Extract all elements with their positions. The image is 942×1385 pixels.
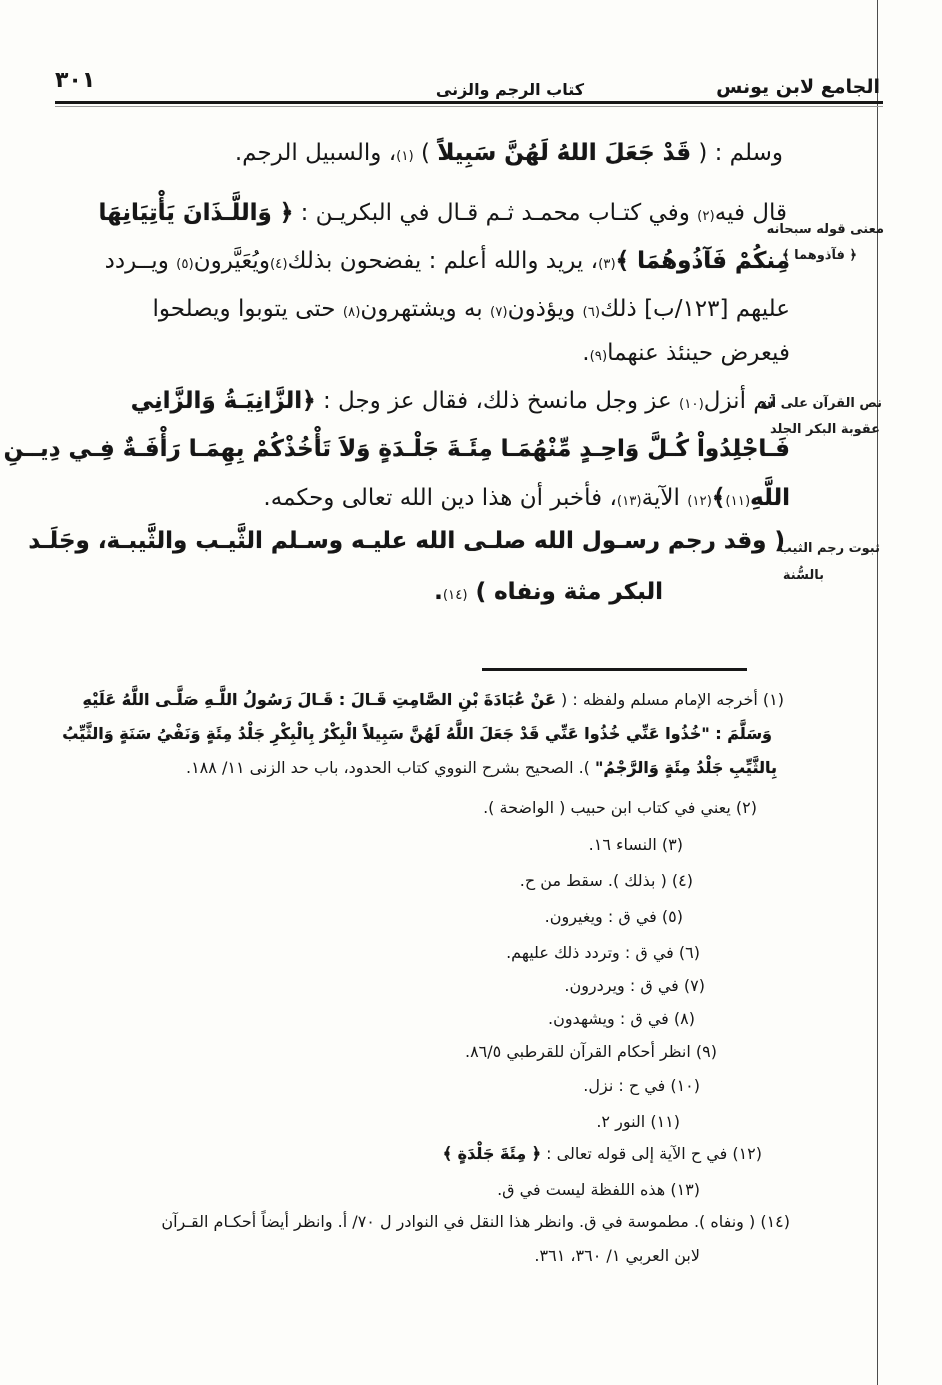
quote-text: البكر مثة ونفاه ) — [468, 579, 663, 605]
footnote-line: (٦) في ق : وتردد ذلك عليهم. — [506, 941, 700, 966]
plain-text: حتى يتوبوا ويصلحوا — [152, 296, 342, 322]
footnote-line: (١٠) في ح : نزل. — [583, 1074, 700, 1099]
plain-text: عز وجل مانسخ ذلك، فقال عز وجل : — [316, 388, 679, 414]
header-book-title: الجامع لابن يونس — [716, 76, 880, 98]
header-rule-shadow — [55, 106, 883, 107]
footnote-line: بِالثَّيِّبِ جَلْدُ مِئَةٍ وَالرَّجْمُ" … — [186, 756, 777, 781]
body-line: اللَّهِ(١١)﴾(١٢) الآية(١٣)، فأخبر أن هذا… — [263, 481, 790, 517]
footnote-marker: (٨) — [343, 305, 361, 320]
quote-text: فَـاجْلِدُواْ كُـلَّ وَاحِـدٍ مِّنْهُمَـ… — [4, 436, 790, 462]
plain-text: عقوبة البكر الجلد — [770, 422, 880, 437]
footnote-line: (٥) في ق : ويغيرون. — [545, 905, 683, 930]
footnote-line: (٣) النساء ١٦. — [589, 833, 683, 858]
plain-text: (١٤) ( ونفاه ). مطموسة في ق. وانظر هذا ا… — [161, 1212, 790, 1231]
quote-text: اللَّهِ — [750, 485, 790, 511]
plain-text: (١٢) في ح الآية إلى قوله تعالى : — [541, 1144, 762, 1163]
plain-text: وسلم : ( — [691, 140, 783, 166]
plain-text: ويــردد — [105, 248, 176, 274]
plain-text: (٢) يعني في كتاب ابن حبيب ( الواضحة ). — [483, 798, 757, 817]
plain-text: (٩) انظر أحكام القرآن للقرطبي ٨٦/٥. — [465, 1042, 717, 1061]
body-line: مِنكُمْ فَآذُوهُمَا ﴾(٣)، يريد والله أعل… — [105, 244, 790, 280]
footnote-line: (١٤) ( ونفاه ). مطموسة في ق. وانظر هذا ا… — [161, 1210, 790, 1235]
footnote-line: (٢) يعني في كتاب ابن حبيب ( الواضحة ). — [483, 796, 757, 821]
footnote-marker: (١٣) — [617, 494, 642, 509]
footnote-marker: (١٠) — [679, 397, 704, 412]
footnote-line: (١) أخرجه الإمام مسلم ولفظه : ( عَنْ عُب… — [83, 688, 785, 713]
margin-vertical-rule — [877, 0, 878, 1385]
footnote-marker: (٥) — [176, 257, 194, 272]
plain-text: . — [582, 340, 589, 366]
margin-note-line: بالسُّنة — [783, 566, 824, 586]
plain-text: (٥) في ق : ويغيرون. — [545, 907, 683, 926]
body-line: وسلم : ( قَدْ جَعَلَ اللهُ لَهُنَّ سَبِي… — [235, 136, 783, 172]
plain-text: ويُعَيَّرون — [194, 248, 270, 274]
plain-text: (١٣) هذه اللفظة ليست في ق. — [497, 1180, 700, 1199]
body-line: البكر مثة ونفاه ) (١٤). — [434, 575, 663, 611]
quote-text: عَنْ عُبَادَةَ بْنِ الصَّامِتِ قَـالَ : … — [83, 690, 556, 709]
quote-text: مِنكُمْ فَآذُوهُمَا ﴾ — [616, 248, 790, 274]
footnote-marker: (٢) — [697, 209, 715, 224]
plain-text: ، والسبيل الرجم. — [235, 140, 396, 166]
plain-text: (١) أخرجه الإمام مسلم ولفظه : ( — [556, 690, 784, 709]
plain-text: الآية — [642, 485, 688, 511]
footnote-line: (١٣) هذه اللفظة ليست في ق. — [497, 1178, 700, 1203]
body-line: فَـاجْلِدُواْ كُـلَّ وَاحِـدٍ مِّنْهُمَـ… — [4, 432, 790, 468]
quote-text: ( وقد رجم رسـول الله صلـى الله عليـه وسـ… — [28, 528, 785, 554]
footnote-marker: (٣) — [598, 257, 616, 272]
plain-text: ) — [414, 140, 438, 166]
footnote-marker: (٩) — [590, 349, 608, 364]
plain-text: ، يريد والله أعلم : يفضحون بذلك — [288, 248, 599, 274]
plain-text: (٣) النساء ١٦. — [589, 835, 683, 854]
plain-text: وفي كتـاب محمـد ثـم قـال في البكريـن : — [293, 200, 697, 226]
footnote-line: (١٢) في ح الآية إلى قوله تعالى : ﴿ مِئَة… — [443, 1142, 762, 1167]
footnote-line: (١١) النور ٢. — [596, 1110, 680, 1135]
plain-text: ﴿ فآذوهما ﴾ — [782, 248, 857, 263]
plain-text: (٨) في ق : ويشهدون. — [548, 1009, 695, 1028]
margin-note-line: ﴿ فآذوهما ﴾ — [782, 246, 857, 266]
header-chapter-title: كتاب الرجم والزنى — [420, 80, 600, 99]
body-line: قال فيه(٢) وفي كتـاب محمـد ثـم قـال في ا… — [99, 196, 787, 232]
footnote-line: (٩) انظر أحكام القرآن للقرطبي ٨٦/٥. — [465, 1040, 717, 1065]
plain-text: (٦) في ق : وتردد ذلك عليهم. — [506, 943, 700, 962]
plain-text: نص القرآن على أن — [761, 396, 882, 411]
footnote-marker: (١٢) — [687, 494, 712, 509]
footnote-line: لابن العربي ١/ ٣٦٠، ٣٦١. — [534, 1244, 700, 1269]
footnote-marker: (١١) — [725, 494, 750, 509]
plain-text: (٧) في ق : ويردرون. — [564, 976, 705, 995]
quote-text: ﴿ مِئَةَ جَلْدَةٍ ﴾ — [443, 1144, 541, 1163]
plain-text: به ويشتهرون — [360, 296, 490, 322]
plain-text: ثبوت رجم الثيب — [779, 541, 880, 556]
header-rule — [55, 101, 883, 104]
footnote-marker: (٤) — [270, 257, 288, 272]
plain-text: ، فأخبر أن هذا دين الله تعالى وحكمه. — [263, 485, 616, 511]
footnote-line: (٧) في ق : ويردرون. — [564, 974, 705, 999]
header-page-number: ٣٠١ — [55, 68, 95, 93]
quote-text: ﴿ وَاللَّـذَانَ يَأْتِيَانِهَا — [99, 200, 294, 226]
plain-text: ويؤذون — [508, 296, 583, 322]
footnote-line: (٤) ( بذلك ). سقط من ح. — [520, 869, 693, 894]
body-line: ثم أنزل(١٠) عز وجل مانسخ ذلك، فقال عز وج… — [131, 384, 775, 420]
footnote-marker: (١) — [396, 149, 414, 164]
plain-text: (١١) النور ٢. — [596, 1112, 680, 1131]
footnote-line: وَسَلَّمَ : "خُذُوا عَنِّي خُذُوا عَنِّي… — [62, 722, 772, 747]
body-line: ( وقد رجم رسـول الله صلـى الله عليـه وسـ… — [28, 524, 785, 560]
footnote-divider — [482, 668, 747, 671]
plain-text: فيعرض حينئذ عنهما — [607, 340, 790, 366]
plain-text: ). الصحيح بشرح النووي كتاب الحدود، باب ح… — [186, 758, 595, 777]
quote-text: ﴾ — [712, 485, 725, 511]
margin-note-line: نص القرآن على أن — [761, 394, 882, 414]
plain-text: (٤) ( بذلك ). سقط من ح. — [520, 871, 693, 890]
plain-text: معنى قوله سبحانه — [767, 222, 884, 237]
plain-text: لابن العربي ١/ ٣٦٠، ٣٦١. — [534, 1246, 700, 1265]
body-line: عليهم [١٢٣/ب] ذلك(٦) ويؤذون(٧) به ويشتهر… — [152, 292, 790, 328]
quote-text: ﴿الزَّانِيَـةُ وَالزَّانِي — [131, 388, 316, 414]
margin-note-line: معنى قوله سبحانه — [767, 220, 884, 240]
plain-text: (١٠) في ح : نزل. — [583, 1076, 700, 1095]
footnote-line: (٨) في ق : ويشهدون. — [548, 1007, 695, 1032]
body-line: فيعرض حينئذ عنهما(٩). — [582, 336, 790, 372]
quote-text: قَدْ جَعَلَ اللهُ لَهُنَّ سَبِيلاً — [437, 140, 691, 166]
footnote-marker: (٦) — [583, 305, 601, 320]
margin-note-line: عقوبة البكر الجلد — [770, 420, 880, 440]
plain-text: بالسُّنة — [783, 568, 824, 583]
quote-text: . — [434, 579, 443, 605]
quote-text: بِالثَّيِّبِ جَلْدُ مِئَةٍ وَالرَّجْمُ" — [595, 758, 777, 777]
footnote-marker: (٧) — [490, 305, 508, 320]
plain-text: عليهم [١٢٣/ب] ذلك — [600, 296, 790, 322]
margin-note-line: ثبوت رجم الثيب — [779, 539, 880, 559]
footnote-marker: (١٤) — [443, 588, 468, 603]
quote-text: وَسَلَّمَ : "خُذُوا عَنِّي خُذُوا عَنِّي… — [62, 724, 772, 743]
book-page: الجامع لابن يونس كتاب الرجم والزنى ٣٠١ و… — [0, 0, 942, 1385]
